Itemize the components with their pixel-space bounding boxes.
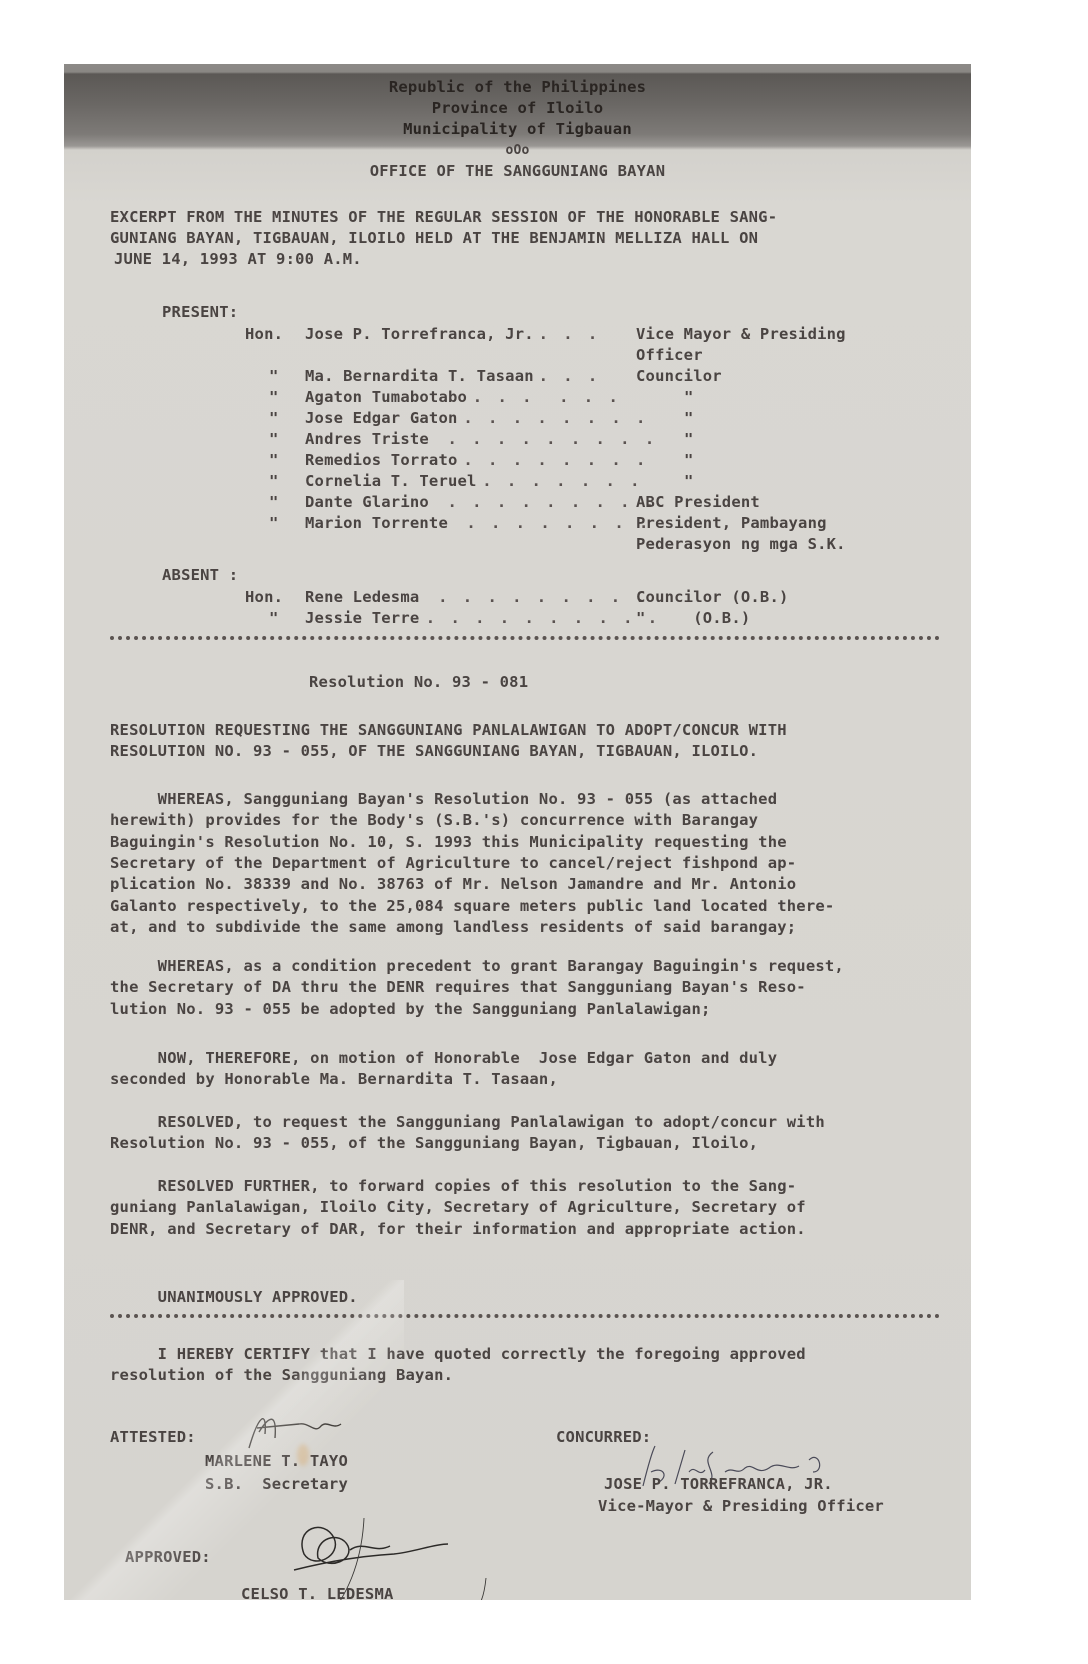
- member-prefix: ": [269, 432, 279, 448]
- member-name: Jose Edgar Gaton: [305, 411, 458, 427]
- paragraph-line: guniang Panlalawigan, Iloilo City, Secre…: [110, 1200, 806, 1216]
- paragraph-line: Galanto respectively, to the 25,084 squa…: [110, 899, 834, 915]
- member-name: Marion Torrente: [305, 516, 448, 532]
- excerpt-line-1: EXCERPT FROM THE MINUTES OF THE REGULAR …: [110, 210, 777, 226]
- member-role: Vice Mayor & Presiding: [636, 327, 846, 343]
- member-role: ": [684, 390, 694, 406]
- member-role: ": [684, 432, 694, 448]
- resolution-number: Resolution No. 93 - 081: [309, 675, 528, 691]
- member-prefix: ": [269, 453, 279, 469]
- member-name: Agaton Tumabotabo: [305, 390, 467, 406]
- approved-name: CELSO T. LEDESMA: [241, 1587, 394, 1600]
- paragraph-line: Baguingin's Resolution No. 10, S. 1993 t…: [110, 835, 787, 851]
- member-prefix: ": [269, 495, 279, 511]
- dotted-divider-2: [110, 1314, 940, 1318]
- dot-leader: . . .: [539, 327, 601, 343]
- dot-leader: . . . . . . . .: [463, 453, 648, 469]
- member-role-cont: Pederasyon ng mga S.K.: [636, 537, 846, 553]
- member-role: ": [684, 453, 694, 469]
- member-name: Dante Glarino: [305, 495, 429, 511]
- header-republic: Republic of the Philippines: [64, 80, 971, 96]
- header-province: Province of Iloilo: [64, 101, 971, 117]
- member-prefix: ": [269, 369, 279, 385]
- member-role: President, Pambayang: [636, 516, 827, 532]
- member-prefix: Hon.: [245, 590, 283, 606]
- paragraph-line: the Secretary of DA thru the DENR requir…: [110, 980, 806, 996]
- paper-stain: [297, 1444, 309, 1466]
- present-label: PRESENT:: [162, 305, 238, 321]
- member-prefix: ": [269, 474, 279, 490]
- concurred-name: JOSE P. TORREFRANCA, JR.: [604, 1477, 833, 1493]
- paragraph-line: resolution of the Sangguniang Bayan.: [110, 1368, 453, 1384]
- resolution-title-2: RESOLUTION NO. 93 - 055, OF THE SANGGUNI…: [110, 744, 758, 760]
- attested-title: S.B. Secretary: [205, 1477, 348, 1493]
- member-prefix: Hon.: [245, 327, 283, 343]
- absent-label: ABSENT :: [162, 568, 238, 584]
- member-role: ": [684, 474, 694, 490]
- dot-leader: . . . . . . . . .: [435, 432, 657, 448]
- dot-leader: . . . . . . . .: [463, 411, 648, 427]
- header-ornament: oOo: [64, 144, 971, 157]
- attested-label: ATTESTED:: [110, 1430, 196, 1446]
- member-name: Cornelia T. Teruel: [305, 474, 477, 490]
- member-name: Remedios Torrato: [305, 453, 458, 469]
- member-prefix: ": [269, 411, 279, 427]
- member-role: ABC President: [636, 495, 760, 511]
- dot-leader: . . . . . . .: [482, 474, 642, 490]
- dot-leader: . . . . . . . . .: [435, 495, 657, 511]
- paragraph-line: seconded by Honorable Ma. Bernardita T. …: [110, 1072, 558, 1088]
- member-role: ": [684, 411, 694, 427]
- unanimously-approved: UNANIMOUSLY APPROVED.: [110, 1290, 358, 1306]
- paragraph-line: lution No. 93 - 055 be adopted by the Sa…: [110, 1002, 711, 1018]
- dot-leader: . . . . . . . . .: [426, 590, 648, 606]
- dotted-divider-1: [110, 636, 940, 640]
- attested-name: MARLENE T. TAYO: [205, 1454, 348, 1470]
- paragraph-line: Secretary of the Department of Agricultu…: [110, 856, 796, 872]
- paragraph-line: RESOLVED FURTHER, to forward copies of t…: [110, 1179, 796, 1195]
- member-prefix: ": [269, 611, 279, 627]
- document-page: Republic of the Philippines Province of …: [64, 64, 971, 1600]
- concurred-title: Vice-Mayor & Presiding Officer: [598, 1499, 884, 1515]
- member-name: Andres Triste: [305, 432, 429, 448]
- member-name: Ma. Bernardita T. Tasaan: [305, 369, 534, 385]
- excerpt-line-3: JUNE 14, 1993 AT 9:00 A.M.: [114, 252, 362, 268]
- paragraph-line: at, and to subdivide the same among land…: [110, 920, 796, 936]
- dot-leader: . . .: [539, 369, 601, 385]
- member-role-cont: Officer: [636, 348, 703, 364]
- member-name: Rene Ledesma: [305, 590, 419, 606]
- paragraph-line: plication No. 38339 and No. 38763 of Mr.…: [110, 877, 796, 893]
- resolution-title-1: RESOLUTION REQUESTING THE SANGGUNIANG PA…: [110, 723, 787, 739]
- header-office: OFFICE OF THE SANGGUNIANG BAYAN: [64, 164, 971, 180]
- member-name: Jose P. Torrefranca, Jr.: [305, 327, 534, 343]
- member-prefix: ": [269, 516, 279, 532]
- dot-leader: . . . . . . . .: [454, 516, 651, 532]
- paragraph-line: Resolution No. 93 - 055, of the Sangguni…: [110, 1136, 758, 1152]
- member-prefix: ": [269, 390, 279, 406]
- member-role: " (O.B.): [636, 611, 750, 627]
- dot-leader: . . . . . . . . . .: [426, 611, 660, 627]
- paragraph-line: WHEREAS, as a condition precedent to gra…: [110, 959, 844, 975]
- member-role: Councilor: [636, 369, 722, 385]
- paragraph-line: WHEREAS, Sangguniang Bayan's Resolution …: [110, 792, 777, 808]
- signature-tayo: [229, 1404, 359, 1454]
- paragraph-line: herewith) provides for the Body's (S.B.'…: [110, 813, 758, 829]
- paragraph-line: DENR, and Secretary of DAR, for their in…: [110, 1222, 806, 1238]
- paragraph-line: RESOLVED, to request the Sangguniang Pan…: [110, 1115, 825, 1131]
- member-role: Councilor (O.B.): [636, 590, 789, 606]
- approved-label: APPROVED:: [125, 1550, 211, 1566]
- paragraph-line: NOW, THEREFORE, on motion of Honorable J…: [110, 1051, 777, 1067]
- excerpt-line-2: GUNIANG BAYAN, TIGBAUAN, ILOILO HELD AT …: [110, 231, 758, 247]
- paragraph-line: I HEREBY CERTIFY that I have quoted corr…: [110, 1347, 806, 1363]
- member-name: Jessie Terre: [305, 611, 419, 627]
- header-municipality: Municipality of Tigbauan: [64, 122, 971, 138]
- dot-leader: . . . . . .: [473, 390, 621, 406]
